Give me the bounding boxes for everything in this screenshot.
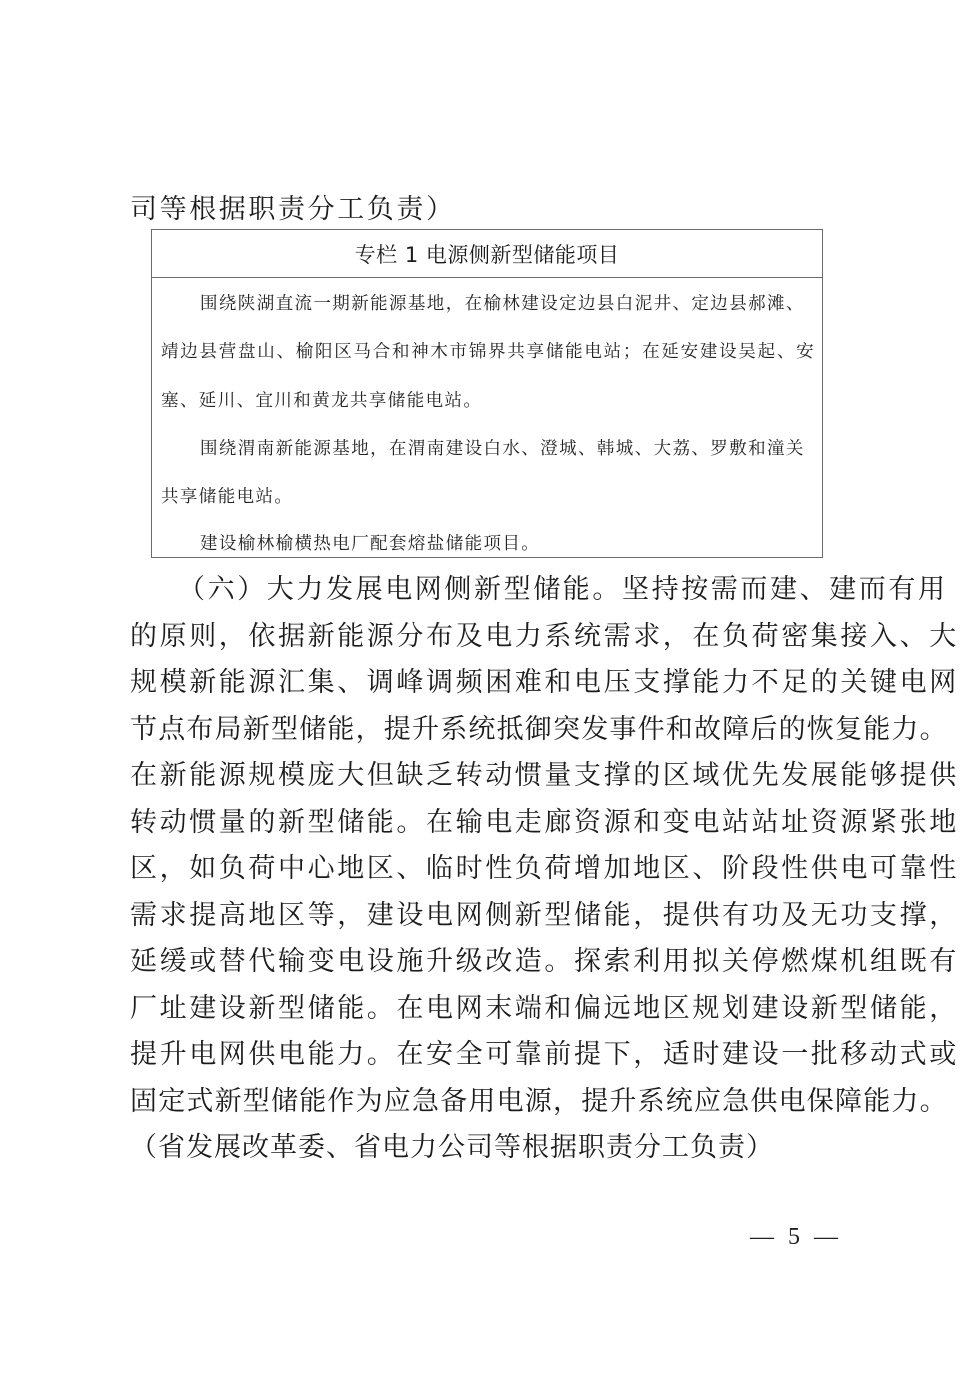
section-six-line-1: （六）大力发展电网侧新型储能。坚持按需而建、建而有用 <box>178 573 848 607</box>
carryover-line: 司等根据职责分工负责） <box>130 193 456 227</box>
section-six-line-7: 区，如负荷中心地区、临时性负荷增加地区、阶段性供电可靠性 <box>130 852 848 886</box>
page-number: — 5 — <box>750 1224 842 1251</box>
box-paragraph-1-line-3: 塞、延川、宜川和黄龙共享储能电站。 <box>161 389 482 413</box>
section-six-line-2: 的原则，依据新能源分布及电力系统需求，在负荷密集接入、大 <box>130 620 848 654</box>
box-paragraph-1-line-1: 围绕陕湖直流一期新能源基地，在榆林建设定边县白泥井、定边县郝滩、 <box>200 292 805 316</box>
section-six-line-9: 延缓或替代输变电设施升级改造。探索利用拟关停燃煤机组既有 <box>130 945 848 979</box>
section-six-line-4: 节点布局新型储能，提升系统抵御突发事件和故障后的恢复能力。 <box>130 713 848 747</box>
column-box-1: 专栏 1 电源侧新型储能项目 围绕陕湖直流一期新能源基地，在榆林建设定边县白泥井… <box>151 229 823 558</box>
box-paragraph-2-line-2: 共享储能电站。 <box>161 485 293 509</box>
section-six-line-12: 固定式新型储能作为应急备用电源，提升系统应急供电保障能力。 <box>130 1085 848 1119</box>
box-paragraph-2-line-1: 围绕渭南新能源基地，在渭南建设白水、澄城、韩城、大荔、罗敷和潼关 <box>200 437 805 461</box>
section-six-line-8: 需求提高地区等，建设电网侧新型储能，提供有功及无功支撑， <box>130 899 848 933</box>
section-six-responsibility-note: （省发展改革委、省电力公司等根据职责分工负责） <box>130 1131 774 1165</box>
column-box-title: 专栏 1 电源侧新型储能项目 <box>152 230 822 278</box>
section-six-line-6: 转动惯量的新型储能。在输电走廊资源和变电站站址资源紧张地 <box>130 806 848 840</box>
section-six-line-5: 在新能源规模庞大但缺乏转动惯量支撑的区域优先发展能够提供 <box>130 759 848 793</box>
section-six-line-10: 厂址建设新型储能。在电网末端和偏远地区规划建设新型储能， <box>130 992 848 1026</box>
box-paragraph-1-line-2: 靖边县营盘山、榆阳区马合和神木市锦界共享储能电站；在延安建设吴起、安 <box>161 340 815 364</box>
section-six-line-3: 规模新能源汇集、调峰调频困难和电压支撑能力不足的关键电网 <box>130 666 848 700</box>
box-paragraph-3-line-1: 建设榆林榆横热电厂配套熔盐储能项目。 <box>200 532 540 556</box>
section-six-line-11: 提升电网供电能力。在安全可靠前提下，适时建设一批移动式或 <box>130 1038 848 1072</box>
